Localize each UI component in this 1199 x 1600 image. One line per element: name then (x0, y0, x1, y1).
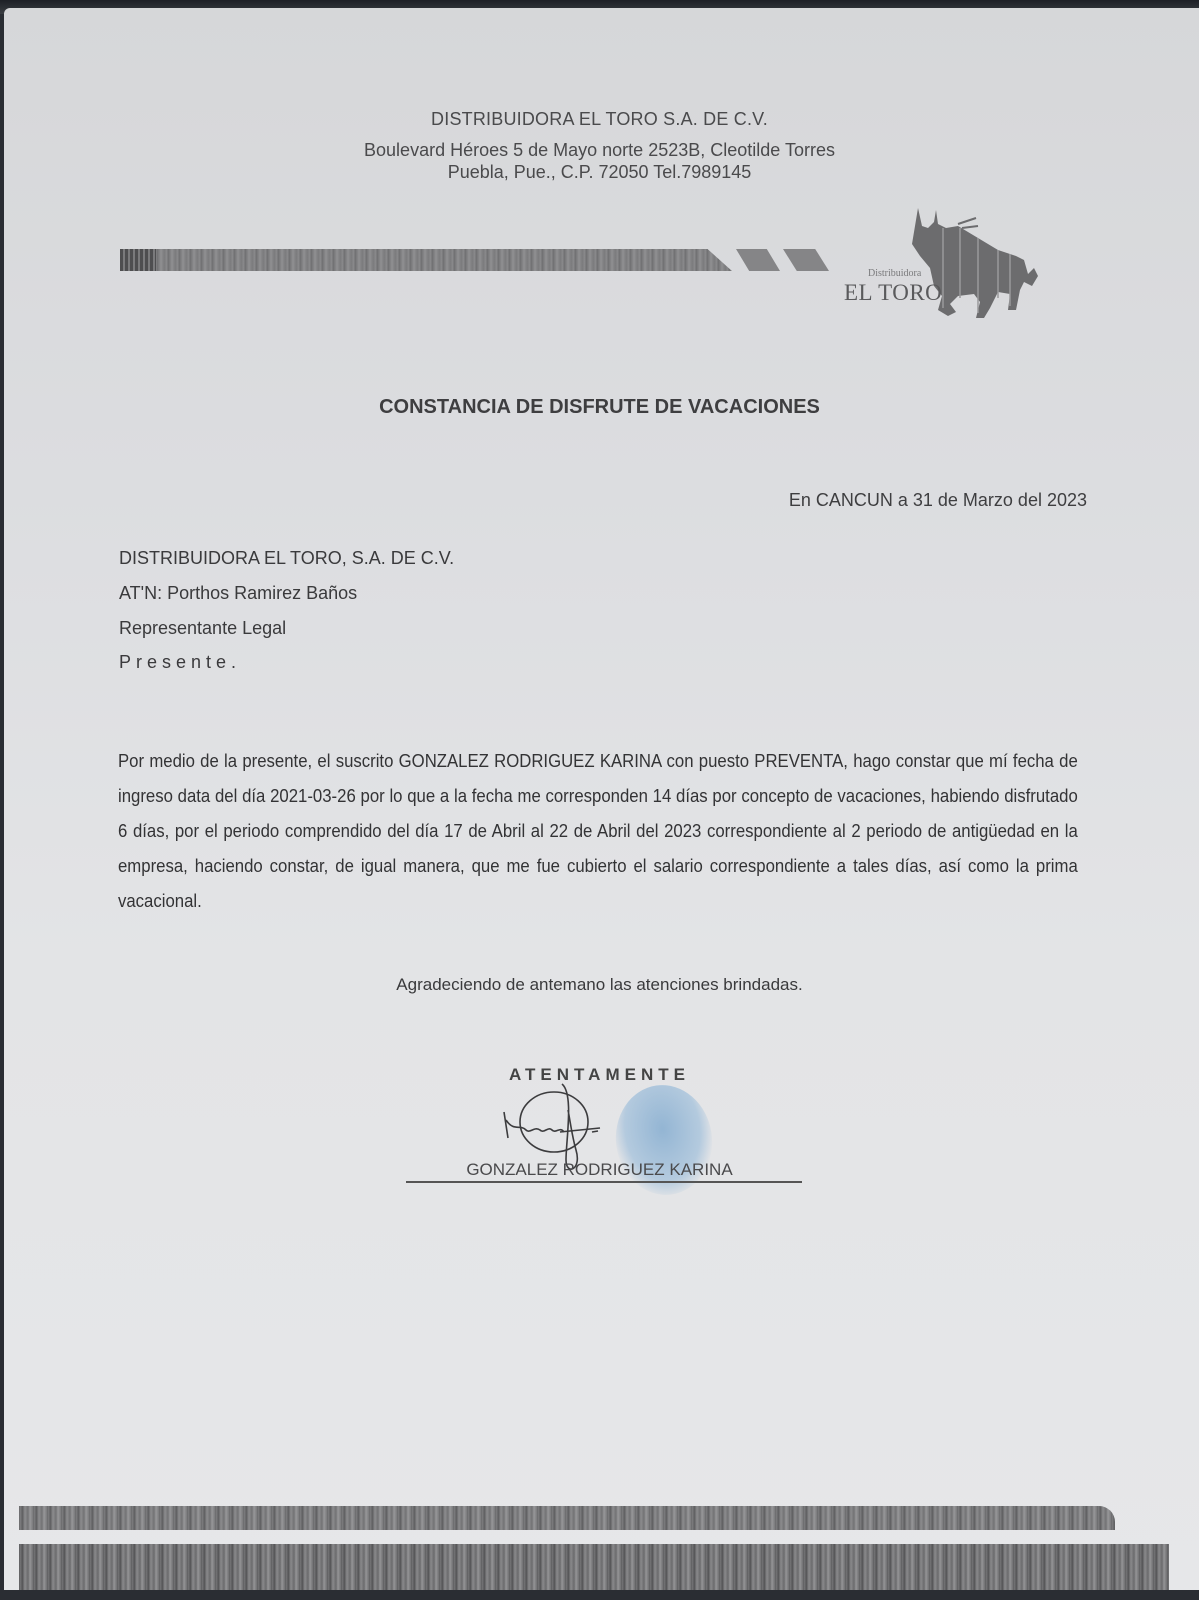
header-stripe-dark (120, 249, 156, 271)
header-stripe (120, 249, 732, 271)
signature-line (406, 1181, 802, 1183)
recipient-presente: Presente. (119, 652, 241, 673)
signer-name: GONZALEZ RODRIGUEZ KARINA (0, 1160, 1199, 1180)
address-line-2: Puebla, Pue., C.P. 72050 Tel.7989145 (0, 161, 1199, 183)
logo-name: EL TORO (844, 280, 942, 306)
logo-subtitle: Distribuidora (868, 268, 921, 279)
footer-stripe (19, 1506, 1115, 1530)
address-line-1: Boulevard Héroes 5 de Mayo norte 2523B, … (0, 139, 1199, 161)
closing-line: Agradeciendo de antemano las atenciones … (0, 975, 1199, 995)
body-paragraph: Por medio de la presente, el suscrito GO… (118, 744, 1078, 919)
company-address: Boulevard Héroes 5 de Mayo norte 2523B, … (0, 139, 1199, 183)
footer-stripe (19, 1544, 1169, 1590)
background-surface (0, 1590, 1199, 1600)
recipient-role: Representante Legal (119, 618, 286, 639)
recipient-company: DISTRIBUIDORA EL TORO, S.A. DE C.V. (119, 548, 454, 569)
place-date: En CANCUN a 31 de Marzo del 2023 (789, 490, 1087, 511)
company-header: DISTRIBUIDORA EL TORO S.A. DE C.V. (0, 109, 1199, 130)
recipient-attention: AT'N: Porthos Ramirez Baños (119, 583, 357, 604)
document-title: CONSTANCIA DE DISFRUTE DE VACACIONES (0, 396, 1199, 419)
